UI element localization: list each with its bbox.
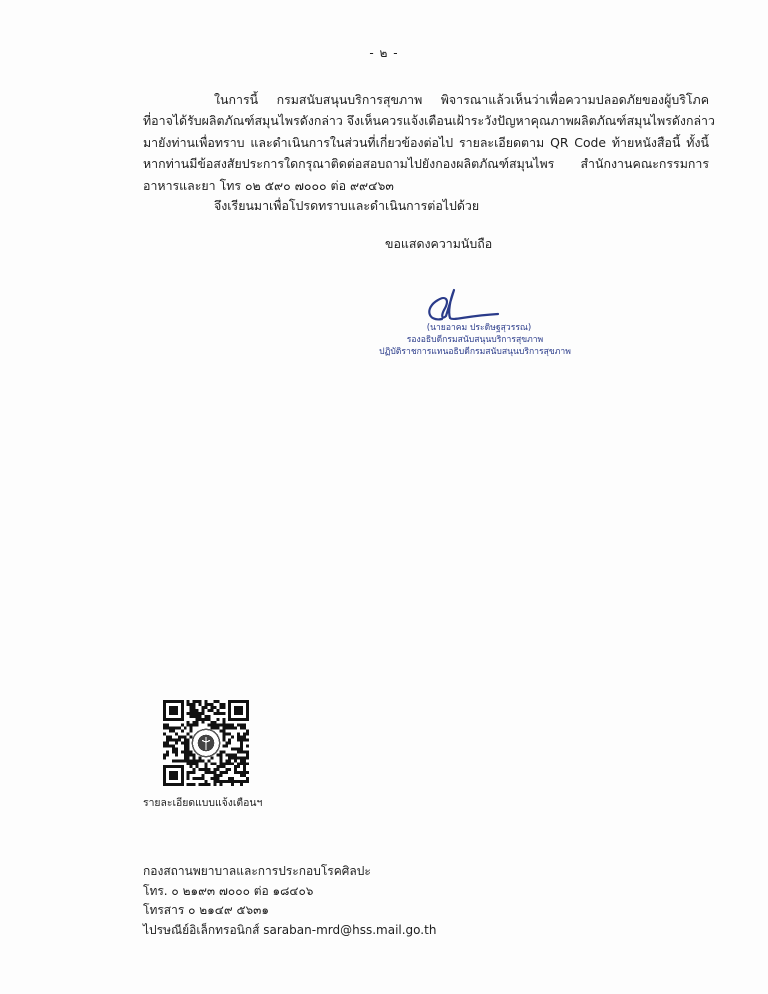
qr-label: รายละเอียดแบบแจ้งเตือนฯ	[143, 794, 273, 811]
signer-name: (นายอาคม ประดิษฐสุวรรณ)	[358, 322, 600, 334]
paragraph-line: มายังท่านเพื่อทราบ และดำเนินการในส่วนที่…	[143, 132, 709, 153]
salutation: ขอแสดงความนับถือ	[385, 235, 492, 254]
paragraph-line: หากท่านมีข้อสงสัยประการใดกรุณาติดต่อสอบถ…	[143, 153, 709, 174]
signer-position: รองอธิบดีกรมสนับสนุนบริการสุขภาพ	[350, 334, 600, 346]
page-number: - ๒ -	[0, 44, 768, 63]
paragraph-line: อาหารและยา โทร ๐๒ ๕๙๐ ๗๐๐๐ ต่อ ๙๙๔๖๓	[143, 175, 709, 196]
footer-phone: โทร. ๐ ๒๑๙๓ ๗๐๐๐ ต่อ ๑๘๔๐๖	[143, 882, 436, 902]
document-page: - ๒ - ในการนี้ กรมสนับสนุนบริการสุขภาพ พ…	[0, 0, 768, 994]
paragraph-line: ที่อาจได้รับผลิตภัณฑ์สมุนไพรดังกล่าว จึง…	[143, 110, 709, 131]
qr-code-icon[interactable]	[163, 700, 249, 786]
footer-email[interactable]: ไปรษณีย์อิเล็กทรอนิกส์ saraban-mrd@hss.m…	[143, 921, 436, 941]
body-paragraph: ในการนี้ กรมสนับสนุนบริการสุขภาพ พิจารณา…	[143, 89, 709, 196]
signer-acting-as: ปฏิบัติราชการแทนอธิบดีกรมสนับสนุนบริการส…	[350, 346, 600, 358]
signer-block: (นายอาคม ประดิษฐสุวรรณ) รองอธิบดีกรมสนับ…	[350, 322, 600, 359]
footer-contact: กองสถานพยาบาลและการประกอบโรคศิลปะ โทร. ๐…	[143, 862, 436, 940]
closing-request: จึงเรียนมาเพื่อโปรดทราบและดำเนินการต่อไป…	[214, 197, 479, 216]
footer-division: กองสถานพยาบาลและการประกอบโรคศิลปะ	[143, 862, 436, 882]
qr-block: รายละเอียดแบบแจ้งเตือนฯ	[143, 700, 273, 811]
signature-icon	[420, 286, 500, 326]
footer-fax: โทรสาร ๐ ๒๑๔๙ ๕๖๓๑	[143, 901, 436, 921]
paragraph-line: ในการนี้ กรมสนับสนุนบริการสุขภาพ พิจารณา…	[143, 89, 709, 110]
